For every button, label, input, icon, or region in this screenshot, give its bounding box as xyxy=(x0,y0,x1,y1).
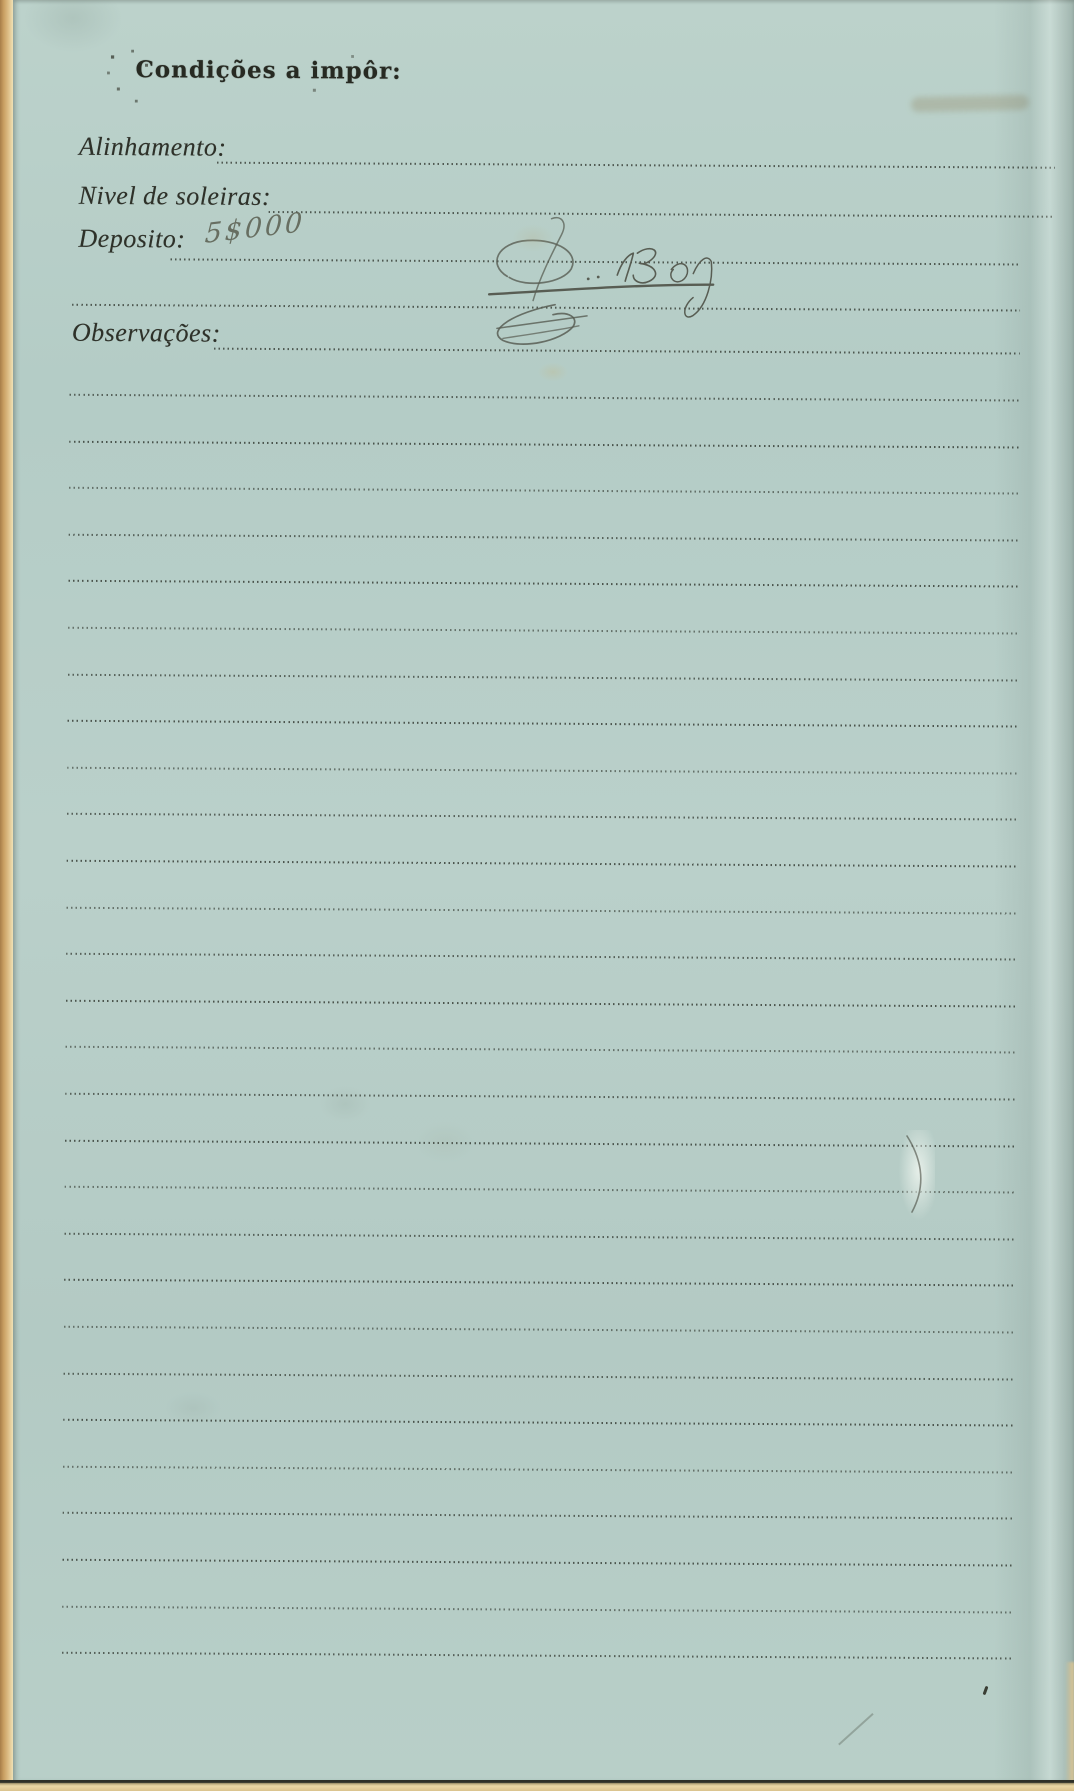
ruled-line xyxy=(63,1419,1013,1427)
ruled-line xyxy=(69,487,1019,495)
ruled-line xyxy=(67,813,1017,821)
damage-crease-line xyxy=(899,1130,935,1220)
ruled-line xyxy=(63,1466,1013,1474)
ruled-line xyxy=(65,1093,1015,1101)
ruled-line xyxy=(65,1139,1015,1147)
signature-handwriting xyxy=(235,211,736,356)
ruled-line xyxy=(66,953,1016,961)
ruled-line xyxy=(69,440,1019,448)
ruled-line xyxy=(67,767,1017,775)
ruled-line xyxy=(65,1186,1015,1194)
ruled-line xyxy=(64,1279,1014,1287)
page-content: Condições a impôr: Alinhamento: Nivel de… xyxy=(3,0,1074,1788)
ruled-line xyxy=(68,720,1018,728)
ruled-line xyxy=(64,1326,1014,1334)
ink-speckles xyxy=(106,48,108,50)
ruled-line xyxy=(64,1233,1014,1241)
ruled-line xyxy=(62,1652,1012,1660)
paper-damage-spot xyxy=(899,1130,935,1220)
ruled-line xyxy=(68,627,1018,635)
page-title: Condições a impôr: xyxy=(135,56,401,85)
ruled-line xyxy=(69,534,1019,542)
page-corner-gap xyxy=(1065,1662,1074,1782)
book-bottom-edge xyxy=(0,1780,1074,1791)
ruled-line xyxy=(63,1512,1013,1520)
ruled-line xyxy=(62,1559,1012,1567)
ruled-line xyxy=(66,1000,1016,1008)
ink-bleedthrough-mark xyxy=(911,95,1029,112)
ruled-line xyxy=(64,1372,1014,1380)
field-label-observacoes: Observações: xyxy=(72,318,221,349)
ruled-line xyxy=(68,673,1018,681)
field-label-nivel-soleiras: Nivel de soleiras: xyxy=(79,181,272,212)
ruled-line xyxy=(66,906,1016,914)
field-label-alinhamento: Alinhamento: xyxy=(79,132,227,163)
ruled-line xyxy=(66,1046,1016,1054)
scanned-form-page: Condições a impôr: Alinhamento: Nivel de… xyxy=(0,0,1074,1791)
paper-sheet: Condições a impôr: Alinhamento: Nivel de… xyxy=(13,0,1074,1782)
ruled-line xyxy=(68,580,1018,588)
dotted-line-alinhamento xyxy=(217,162,1055,169)
ruled-lines-area xyxy=(14,0,1074,6)
ruled-line xyxy=(67,860,1017,868)
field-label-deposito: Deposito: xyxy=(78,224,185,255)
ruled-line xyxy=(62,1605,1012,1613)
ruled-line xyxy=(69,394,1019,402)
